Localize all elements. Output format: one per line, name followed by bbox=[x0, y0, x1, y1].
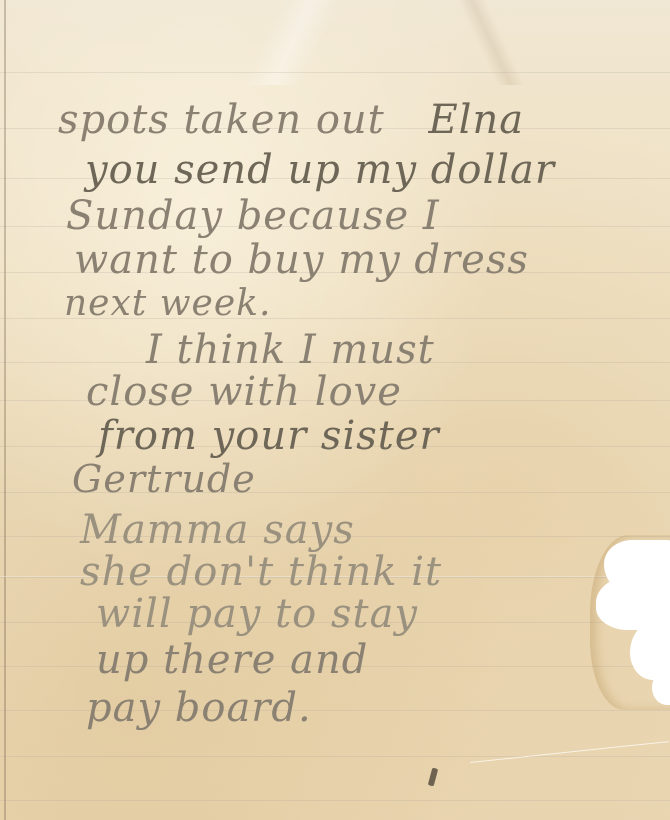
paper-left-edge bbox=[4, 0, 6, 820]
ruled-line bbox=[0, 756, 670, 757]
letter-line-11: she don't think it bbox=[80, 552, 442, 592]
ruled-line bbox=[0, 800, 670, 801]
ink-smudge bbox=[428, 768, 438, 787]
paper-crack bbox=[470, 741, 669, 763]
ruled-line bbox=[0, 72, 670, 73]
letter-line-6: I think I must bbox=[146, 330, 435, 370]
letter-line-5: next week. bbox=[64, 286, 271, 322]
letter-line-8: from your sister bbox=[98, 416, 440, 456]
letter-line-3: Sunday because I bbox=[66, 196, 440, 236]
letter-line-14: pay board. bbox=[86, 688, 312, 728]
letter-line-4: want to buy my dress bbox=[74, 240, 529, 280]
letter-line-1: spots taken out Elna bbox=[58, 100, 524, 140]
signature: Gertrude bbox=[72, 460, 256, 498]
letter-line-2: you send up my dollar bbox=[85, 150, 555, 190]
letter-annotation: Elna bbox=[428, 97, 524, 143]
torn-hole bbox=[652, 670, 670, 705]
letter-line-12: will pay to stay bbox=[96, 594, 418, 634]
letter-line-13: up there and bbox=[96, 640, 368, 680]
letter-line-7: close with love bbox=[86, 372, 402, 412]
letter-page: spots taken out Elna you send up my doll… bbox=[0, 0, 670, 820]
letter-line-text: spots taken out bbox=[58, 97, 385, 143]
letter-line-10: Mamma says bbox=[80, 510, 355, 550]
